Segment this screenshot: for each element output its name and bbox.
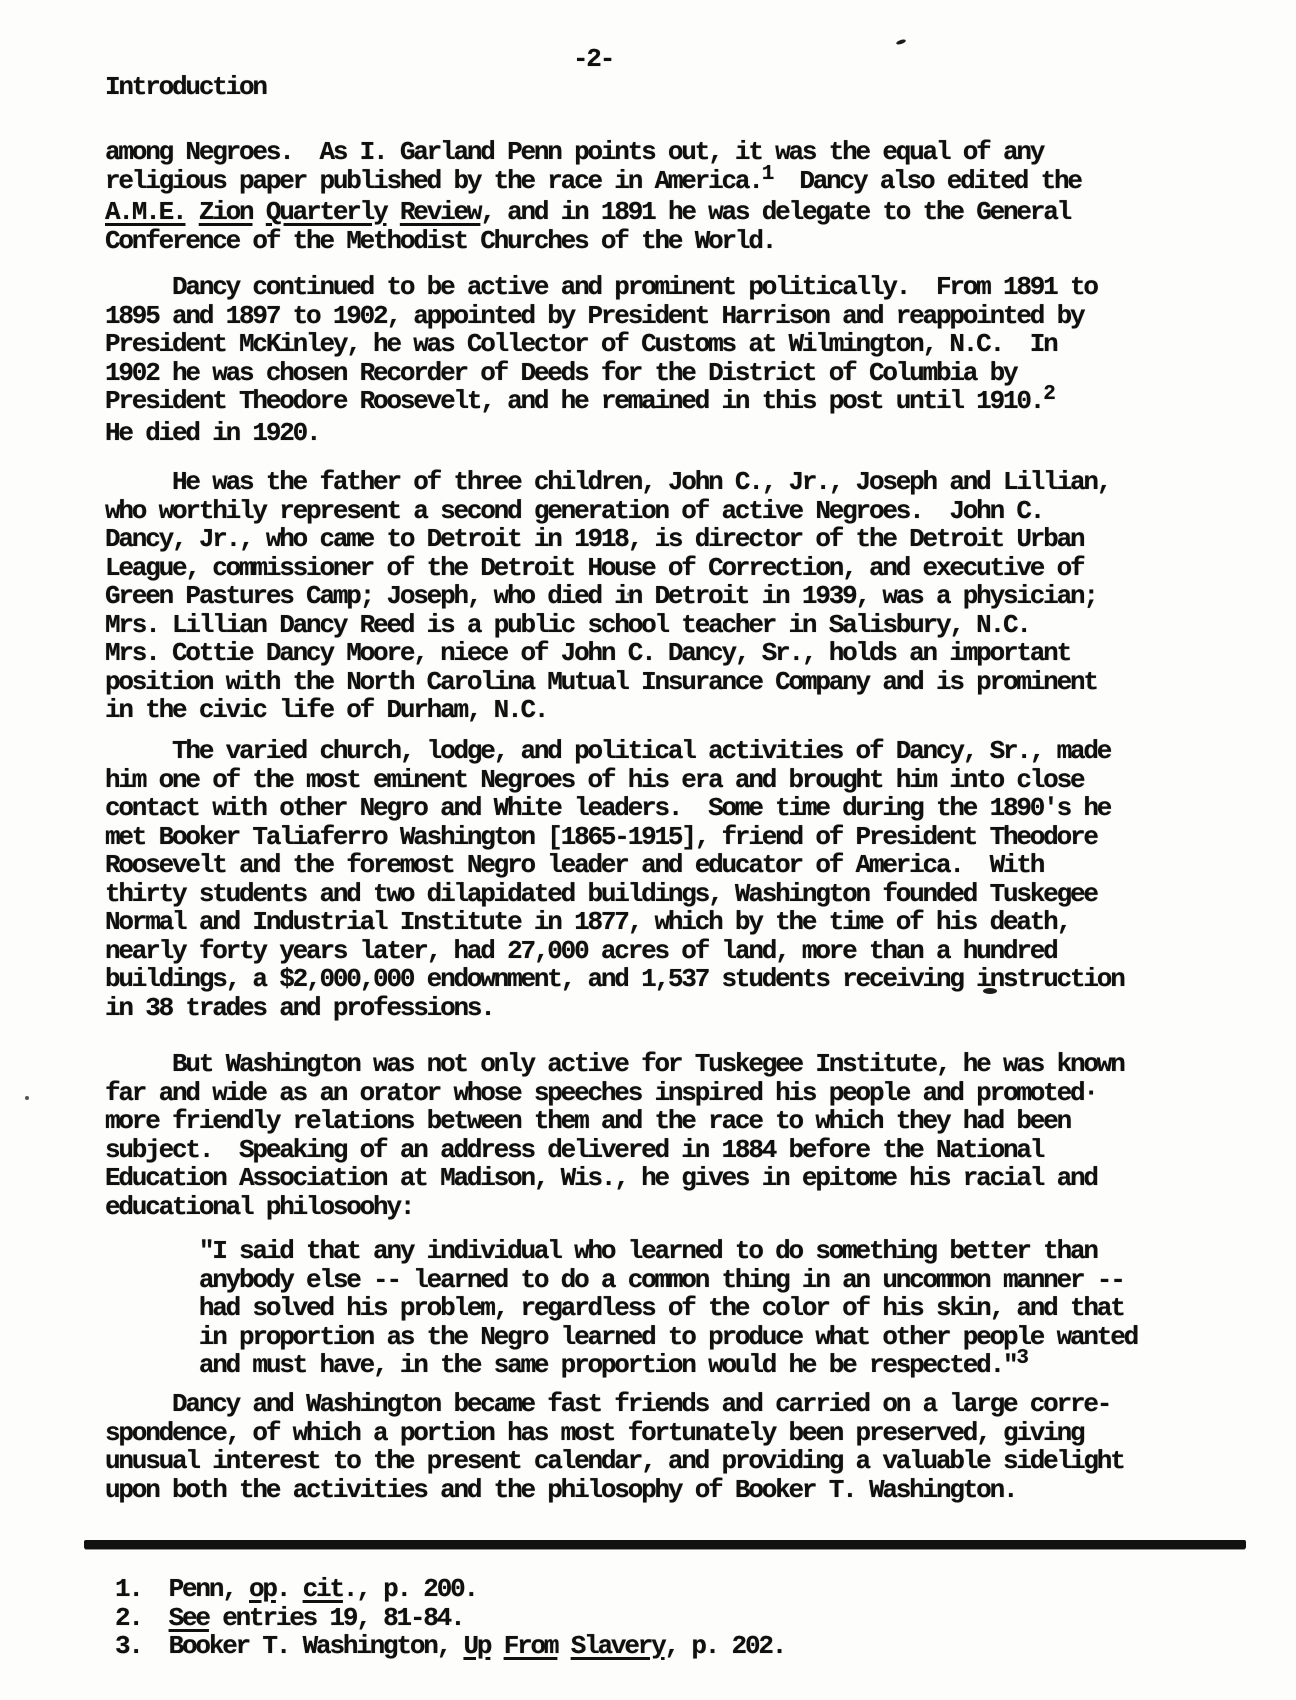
paragraph: among Negroes. As I. Garland Penn points… bbox=[105, 138, 1260, 255]
text-line: subject. Speaking of an address delivere… bbox=[105, 1136, 1260, 1165]
text-line: nearly forty years later, had 27,000 acr… bbox=[105, 937, 1260, 966]
text-line: among Negroes. As I. Garland Penn points… bbox=[105, 138, 1260, 167]
text-line: educational philosoohy: bbox=[105, 1193, 1260, 1222]
text-line: spondence, of which a portion has most f… bbox=[105, 1419, 1260, 1448]
footnote-separator-rule bbox=[84, 1540, 1246, 1549]
text-line: contact with other Negro and White leade… bbox=[105, 794, 1260, 823]
paragraph: Dancy continued to be active and promine… bbox=[105, 273, 1260, 447]
text-line: position with the North Carolina Mutual … bbox=[105, 668, 1260, 697]
paragraph: Dancy and Washington became fast friends… bbox=[105, 1390, 1260, 1504]
scan-artifact bbox=[983, 988, 997, 994]
text-line: anybody else -- learned to do a common t… bbox=[105, 1266, 1260, 1295]
text-line: upon both the activities and the philoso… bbox=[105, 1476, 1260, 1505]
footnotes: 1. Penn, op. cit., p. 200.2. See entries… bbox=[115, 1575, 1270, 1661]
scan-artifact bbox=[627, 592, 632, 596]
text-line: Green Pastures Camp; Joseph, who died in… bbox=[105, 582, 1260, 611]
text-line: Education Association at Madison, Wis., … bbox=[105, 1164, 1260, 1193]
text-line: Roosevelt and the foremost Negro leader … bbox=[105, 851, 1260, 880]
text-line: 2. See entries 19, 81-84. bbox=[115, 1604, 1270, 1633]
text-line: met Booker Taliaferro Washington [1865-1… bbox=[105, 823, 1260, 852]
text-line: 1902 he was chosen Recorder of Deeds for… bbox=[105, 359, 1260, 388]
text-line: more friendly relations between them and… bbox=[105, 1107, 1260, 1136]
text-line: He died in 1920. bbox=[105, 419, 1260, 448]
text-line: A.M.E. Zion Quarterly Review, and in 189… bbox=[105, 198, 1260, 227]
text-line: in the civic life of Durham, N.C. bbox=[105, 696, 1260, 725]
text-line: in 38 trades and professions. bbox=[105, 994, 1260, 1023]
quote-block: "I said that any individual who learned … bbox=[105, 1237, 1260, 1383]
text-line: thirty students and two dilapidated buil… bbox=[105, 880, 1260, 909]
text-line: and must have, in the same proportion wo… bbox=[105, 1351, 1260, 1383]
text-line: him one of the most eminent Negroes of h… bbox=[105, 766, 1260, 795]
text-line: League, commissioner of the Detroit Hous… bbox=[105, 554, 1260, 583]
text-line: "I said that any individual who learned … bbox=[105, 1237, 1260, 1266]
paragraph: He was the father of three children, Joh… bbox=[105, 468, 1260, 725]
text-line: Mrs. Cottie Dancy Moore, niece of John C… bbox=[105, 639, 1260, 668]
text-line: But Washington was not only active for T… bbox=[105, 1050, 1260, 1079]
scan-artifact bbox=[25, 1096, 29, 1100]
text-line: 1895 and 1897 to 1902, appointed by Pres… bbox=[105, 302, 1260, 331]
text-line: Dancy continued to be active and promine… bbox=[105, 273, 1260, 302]
page-number: -2- bbox=[0, 45, 1186, 74]
paragraph: The varied church, lodge, and political … bbox=[105, 737, 1260, 1022]
text-line: 3. Booker T. Washington, Up From Slavery… bbox=[115, 1632, 1270, 1661]
text-line: far and wide as an orator whose speeches… bbox=[105, 1079, 1260, 1108]
text-line: Dancy and Washington became fast friends… bbox=[105, 1390, 1260, 1419]
text-line: President Theodore Roosevelt, and he rem… bbox=[105, 387, 1260, 419]
text-line: had solved his problem, regardless of th… bbox=[105, 1294, 1260, 1323]
text-line: He was the father of three children, Joh… bbox=[105, 468, 1260, 497]
text-line: religious paper published by the race in… bbox=[105, 167, 1260, 199]
text-line: President McKinley, he was Collector of … bbox=[105, 330, 1260, 359]
text-line: Dancy, Jr., who came to Detroit in 1918,… bbox=[105, 525, 1260, 554]
paragraph: But Washington was not only active for T… bbox=[105, 1050, 1260, 1221]
text-line: The varied church, lodge, and political … bbox=[105, 737, 1260, 766]
text-line: buildings, a $2,000,000 endownment, and … bbox=[105, 965, 1260, 994]
text-line: Conference of the Methodist Churches of … bbox=[105, 227, 1260, 256]
text-line: Normal and Industrial Institute in 1877,… bbox=[105, 908, 1260, 937]
text-line: Mrs. Lillian Dancy Reed is a public scho… bbox=[105, 611, 1260, 640]
text-line: unusual interest to the present calendar… bbox=[105, 1447, 1260, 1476]
text-line: 1. Penn, op. cit., p. 200. bbox=[115, 1575, 1270, 1604]
text-line: who worthily represent a second generati… bbox=[105, 497, 1260, 526]
section-heading: Introduction bbox=[105, 73, 1260, 102]
text-line: in proportion as the Negro learned to pr… bbox=[105, 1323, 1260, 1352]
